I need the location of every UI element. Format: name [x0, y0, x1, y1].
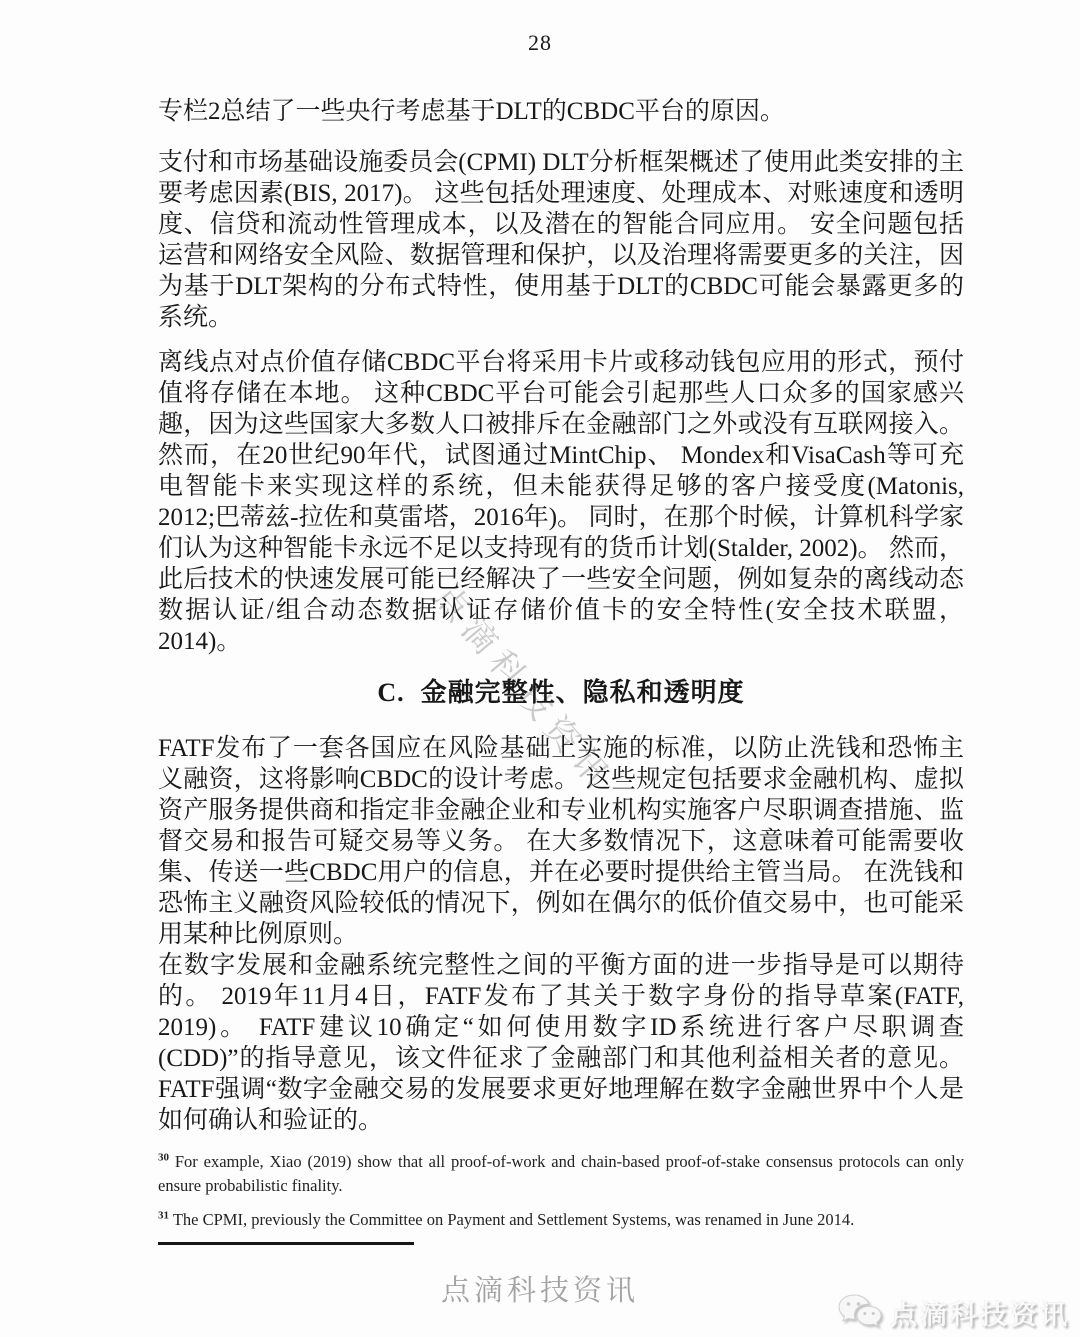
- paragraph-4: FATF发布了一套各国应在风险基础上实施的标准，以防止洗钱和恐怖主义融资，这将影…: [158, 733, 964, 950]
- footnotes-section: 30 For example, Xiao (2019) show that al…: [158, 1150, 964, 1245]
- section-heading-label: C.: [377, 678, 404, 707]
- paragraph-2: 支付和市场基础设施委员会(CPMI) DLT分析框架概述了使用此类安排的主要考虑…: [158, 147, 964, 333]
- footnote-30: 30 For example, Xiao (2019) show that al…: [158, 1150, 964, 1198]
- wechat-watermark-badge: 点滴科技资讯: [836, 1292, 1070, 1332]
- footnote-30-number: 30: [158, 1152, 169, 1164]
- footnote-31-text: The CPMI, previously the Committee on Pa…: [173, 1210, 854, 1229]
- footnote-31-number: 31: [158, 1210, 169, 1222]
- footnote-separator: [158, 1242, 414, 1245]
- section-heading-title: 金融完整性、隐私和透明度: [421, 678, 745, 707]
- paragraph-1: 专栏2总结了一些央行考虑基于DLT的CBDC平台的原因。: [158, 96, 964, 127]
- footnote-30-text: For example, Xiao (2019) show that all p…: [158, 1152, 964, 1195]
- paragraph-5: 在数字发展和金融系统完整性之间的平衡方面的进一步指导是可以期待的。 2019年1…: [158, 950, 964, 1136]
- paragraph-3: 离线点对点价值存储CBDC平台将采用卡片或移动钱包应用的形式，预付值将存储在本地…: [158, 347, 964, 657]
- page-number: 28: [0, 30, 1080, 56]
- wechat-icon: [836, 1292, 884, 1332]
- footnote-31: 31 The CPMI, previously the Committee on…: [158, 1208, 964, 1232]
- document-page: 28 点滴科技资讯 专栏2总结了一些央行考虑基于DLT的CBDC平台的原因。 支…: [0, 0, 1080, 1337]
- document-body: 专栏2总结了一些央行考虑基于DLT的CBDC平台的原因。 支付和市场基础设施委员…: [158, 96, 964, 1245]
- section-heading: C.金融完整性、隐私和透明度: [158, 676, 964, 710]
- wechat-watermark-text: 点滴科技资讯: [890, 1293, 1070, 1332]
